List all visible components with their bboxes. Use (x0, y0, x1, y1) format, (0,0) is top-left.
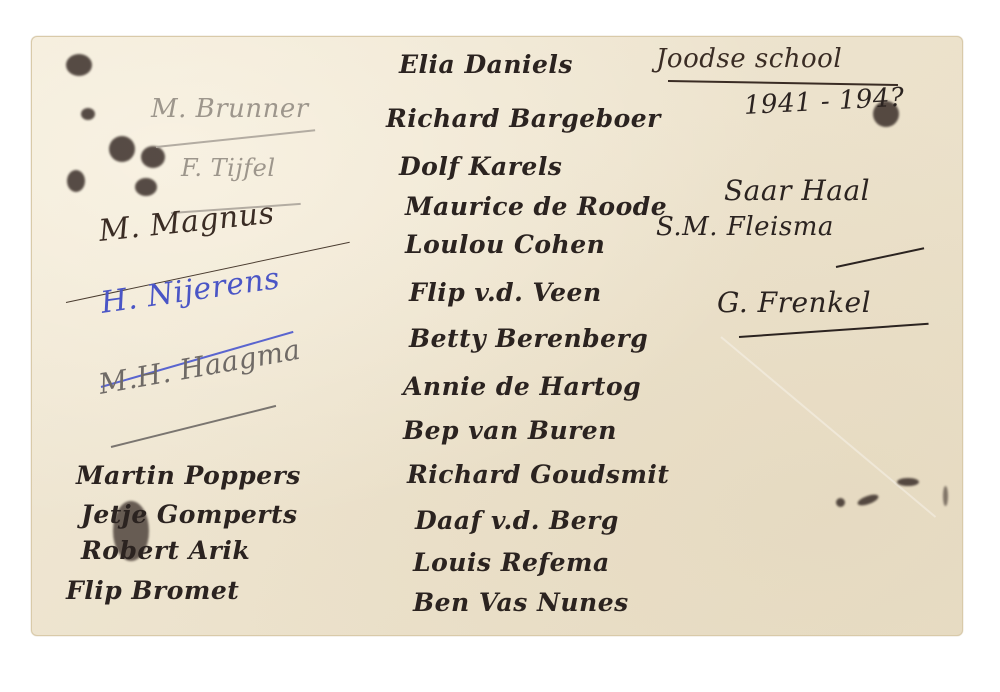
ink-blot (141, 146, 165, 168)
ink-blot (897, 478, 919, 486)
signature-center: Betty Berenberg (409, 324, 648, 353)
signature-underline (739, 323, 929, 338)
signature-center: Richard Goudsmit (407, 460, 669, 489)
card-crease (720, 336, 936, 518)
signature-bottom-left: Jetje Gomperts (81, 500, 298, 529)
signature-center: Flip v.d. Veen (409, 278, 602, 307)
signature-bottom-left: Flip Bromet (66, 576, 239, 605)
signature-right: S.M. Fleisma (656, 212, 834, 242)
school-title: Joodse school (656, 44, 842, 74)
signature-right: G. Frenkel (717, 286, 871, 319)
signature-bottom-left: Martin Poppers (76, 461, 301, 490)
signature-center: Dolf Karels (399, 152, 562, 181)
signature-underline (156, 129, 315, 148)
signature-center: Louis Refema (413, 548, 610, 577)
signature-gray: M.H. Haagma (96, 333, 303, 401)
signature-center: Daaf v.d. Berg (415, 506, 619, 535)
ink-blot (66, 54, 92, 76)
ink-blot (67, 170, 85, 192)
signature-pencil: F. Tijfel (181, 154, 276, 182)
signature-center: Ben Vas Nunes (413, 588, 629, 617)
ink-blot (943, 486, 948, 506)
ink-blot (81, 108, 95, 120)
ink-blot (836, 498, 845, 507)
signature-blue: H. Nijerens (99, 261, 283, 321)
ink-blot (109, 136, 135, 162)
signature-pencil: M. Brunner (151, 94, 309, 124)
signature-center: Annie de Hartog (403, 372, 641, 401)
signature-ink: M. Magnus (97, 196, 276, 249)
signature-underline (836, 247, 924, 268)
ink-blot (135, 178, 157, 196)
signature-center: Bep van Buren (403, 416, 617, 445)
signature-bottom-left: Robert Arik (81, 536, 250, 565)
signature-center: Richard Bargeboer (386, 104, 661, 133)
signature-center: Maurice de Roode (405, 192, 667, 221)
ink-blot (856, 492, 879, 507)
signature-card: Joodse school 1941 - 194? Elia Daniels R… (31, 36, 963, 636)
signature-right: Saar Haal (724, 174, 870, 207)
signature-center: Loulou Cohen (405, 230, 605, 259)
signature-center: Elia Daniels (399, 50, 573, 79)
signature-underline (111, 405, 276, 448)
